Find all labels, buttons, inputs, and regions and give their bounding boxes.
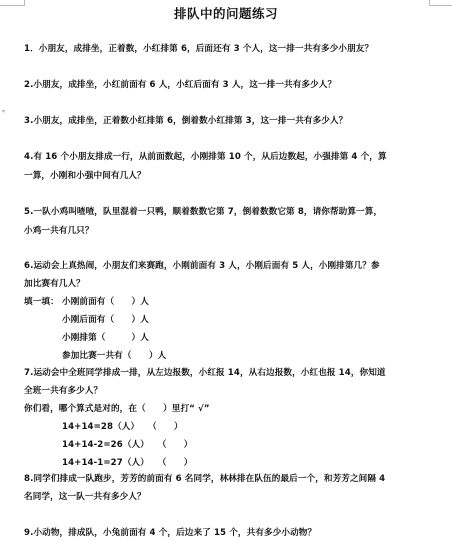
- question-8-line-2: 名同学，这一队一共有多少人？: [24, 490, 146, 502]
- question-7-instruction: 你们看，哪个算式是对的，在（ ）里打“ √”: [24, 402, 210, 414]
- question-4-line-2: 一算，小刚和小强中间有几人？: [24, 169, 146, 181]
- question-6-fill-label: 填一填：: [24, 295, 59, 307]
- question-9-line-1: 9.小动物，排成队，小兔前面有 4 个，后边来了 15 个，共有多少小动物？: [24, 526, 316, 538]
- question-5-line-2: 小鸡一共有几只？: [24, 224, 94, 236]
- question-7-line-1: 7.运动会中全班同学排成一排，从左边报数，小红报 14，从右边报数，小红也报 1…: [24, 366, 386, 378]
- question-6-fill-item: 参加比赛一共有（ ）人: [62, 349, 166, 361]
- page-title: 排队中的问题练习: [0, 4, 452, 22]
- question-4-line-1: 4.有 16 个小朋友排成一行，从前面数起，小刚排第 10 个，从后边数起，小强…: [24, 150, 387, 162]
- question-7-line-2: 全班一共有多少人？: [24, 384, 102, 396]
- question-6-fill-item: 小刚后面有（ ）人: [62, 313, 149, 325]
- question-8-line-1: 8.同学们排成一队跑步，芳芳的前面有 6 名同学，林林排在队伍的最后一个，和芳芳…: [24, 472, 385, 484]
- question-2-line-1: 2.小朋友，成排坐，小红前面有 6 人，小红后面有 3 人，这一排一共有多少人？: [24, 78, 336, 90]
- question-6-fill-item: 小刚排第（ ）人: [62, 331, 149, 343]
- question-3-line-1: 3.小朋友，成排坐，正着数小红排第 6，倒着数小红排第 3，这一排一共有多少人？: [24, 114, 347, 126]
- question-7-option: 14+14=28（人） （ ）: [62, 420, 183, 432]
- question-6-line-2: 加比赛有几人？: [24, 277, 85, 289]
- question-1-line-1: 1．小朋友，成排坐，正着数，小红排第 6，后面还有 3 个人，这一排一共有多少小…: [24, 42, 373, 54]
- question-7-option: 14+14-2=26（人） （ ）: [62, 438, 192, 450]
- question-7-option: 14+14-1=27（人） （ ）: [62, 456, 192, 468]
- paragraph-margin-mark: ▾: [2, 110, 6, 114]
- question-6-line-1: 6.运动会上真热闹，小朋友们来赛跑，小刚前面有 3 人，小刚后面有 5 人，小刚…: [24, 259, 380, 271]
- question-6-fill-item: 小刚前面有（ ）人: [62, 295, 149, 307]
- question-5-line-1: 5.一队小鸡叫喳喳，队里混着一只鸭，顺着数数它第 7，倒着数数它第 8，请你帮助…: [24, 205, 382, 217]
